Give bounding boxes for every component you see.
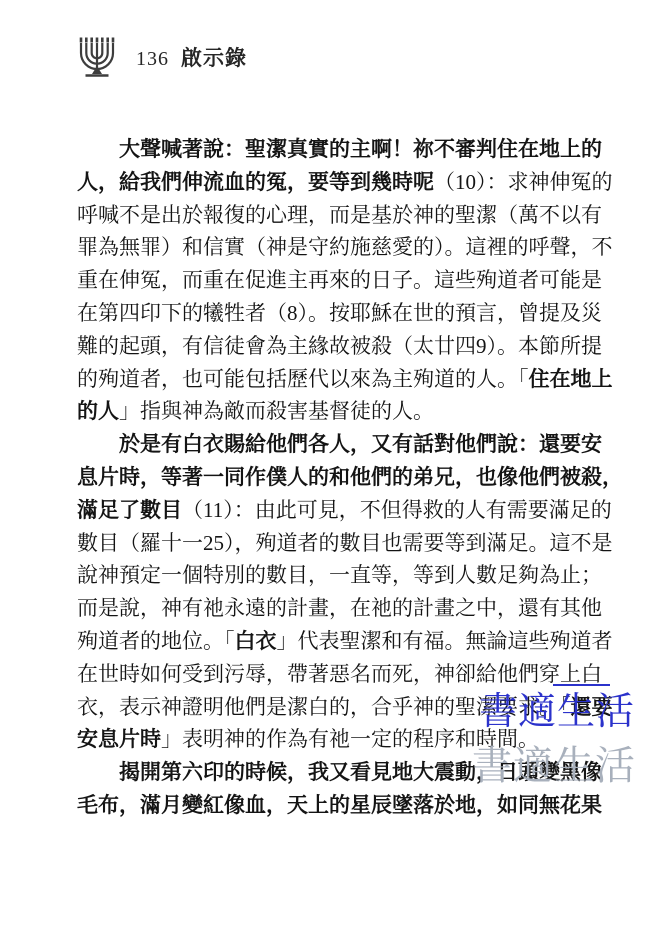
text-line: 罪為無罪）和信實（神是守約施慈愛的）。這裡的呼聲，不 xyxy=(77,231,578,264)
header-title: 136 啟示錄 xyxy=(136,42,247,72)
text-segment: 難的起頭，有信徒會為主緣故被殺（太廿四9）。本節所提 xyxy=(77,334,602,358)
text-line: 衣，表示神證明他們是潔白的，合乎神的聖潔要求。「還要 xyxy=(77,691,578,724)
page-header: 136 啟示錄 xyxy=(72,32,247,82)
text-segment: 罪為無罪）和信實（神是守約施慈愛的）。這裡的呼聲，不 xyxy=(77,235,613,259)
text-segment: 在世時如何受到污辱，帶著惡名而死，神卻給他們穿上白 xyxy=(77,662,602,686)
text-segment: 說神預定一個特別的數目，一直等，等到人數足夠為止； xyxy=(77,563,602,587)
text-segment: 安息片時 xyxy=(77,727,161,751)
text-segment: 揭開第六印的時候，我又看見地大震動，日頭變黑像 xyxy=(119,760,602,784)
text-segment: 還要 xyxy=(571,695,613,719)
book-page: 136 啟示錄 大聲喊著說：聖潔真實的主啊！祢不審判住在地上的人，給我們伸流血的… xyxy=(0,0,652,925)
watermark-stroke xyxy=(553,684,610,686)
text-line: 大聲喊著說：聖潔真實的主啊！祢不審判住在地上的 xyxy=(77,133,578,166)
text-line: 人，給我們伸流血的冤，要等到幾時呢（10）：求神伸冤的 xyxy=(77,166,578,199)
text-segment: 呼喊不是出於報復的心理，而是基於神的聖潔（萬不以有 xyxy=(77,203,602,227)
book-title: 啟示錄 xyxy=(181,42,247,72)
text-block: 大聲喊著說：聖潔真實的主啊！祢不審判住在地上的人，給我們伸流血的冤，要等到幾時呢… xyxy=(77,133,578,822)
text-line: 息片時，等著一同作僕人的和他們的弟兄，也像他們被殺， xyxy=(77,461,578,494)
text-segment: 的殉道者，也可能包括歷代以來為主殉道的人。「 xyxy=(77,367,529,391)
menorah-icon xyxy=(72,33,122,81)
text-segment: 毛布，滿月變紅像血，天上的星辰墜落於地，如同無花果 xyxy=(77,793,602,817)
text-segment: 」代表聖潔和有福。無論這些殉道者 xyxy=(277,629,613,653)
text-line: 在第四印下的犧牲者（8）。按耶穌在世的預言，曾提及災 xyxy=(77,297,578,330)
text-line: 的人」指與神為敵而殺害基督徒的人。 xyxy=(77,395,578,428)
text-line: 滿足了數目（11）：由此可見，不但得救的人有需要滿足的 xyxy=(77,494,578,527)
text-line: 說神預定一個特別的數目，一直等，等到人數足夠為止； xyxy=(77,559,578,592)
text-line: 難的起頭，有信徒會為主緣故被殺（太廿四9）。本節所提 xyxy=(77,330,578,363)
text-segment: 重在伸冤，而重在促進主再來的日子。這些殉道者可能是 xyxy=(77,268,602,292)
text-segment: 於是有白衣賜給他們各人，又有話對他們說：還要安 xyxy=(119,432,602,456)
text-segment: 而是說，神有祂永遠的計畫，在祂的計畫之中，還有其他 xyxy=(77,596,602,620)
text-segment: 殉道者的地位。「 xyxy=(77,629,235,653)
text-line: 殉道者的地位。「白衣」代表聖潔和有福。無論這些殉道者 xyxy=(77,625,578,658)
text-segment: 數目（羅十一25），殉道者的數目也需要等到滿足。這不是 xyxy=(77,531,613,555)
text-segment: 」指與神為敵而殺害基督徒的人。 xyxy=(119,399,434,423)
text-segment: 息片時，等著一同作僕人的和他們的弟兄，也像他們被殺， xyxy=(77,465,623,489)
text-segment: 衣，表示神證明他們是潔白的，合乎神的聖潔要求。「 xyxy=(77,695,571,719)
text-segment: 人，給我們伸流血的冤，要等到幾時呢 xyxy=(77,170,434,194)
text-line: 毛布，滿月變紅像血，天上的星辰墜落於地，如同無花果 xyxy=(77,789,578,822)
text-line: 於是有白衣賜給他們各人，又有話對他們說：還要安 xyxy=(77,428,578,461)
text-segment: 的人 xyxy=(77,399,119,423)
text-line: 在世時如何受到污辱，帶著惡名而死，神卻給他們穿上白 xyxy=(77,658,578,691)
text-line: 呼喊不是出於報復的心理，而是基於神的聖潔（萬不以有 xyxy=(77,199,578,232)
text-segment: （11）：由此可見，不但得救的人有需要滿足的 xyxy=(182,498,612,522)
text-segment: （10）：求神伸冤的 xyxy=(434,170,613,194)
text-segment: 白衣 xyxy=(235,629,277,653)
page-number: 136 xyxy=(136,48,169,71)
text-segment: 大聲喊著說：聖潔真實的主啊！祢不審判住在地上的 xyxy=(119,137,602,161)
text-segment: 在第四印下的犧牲者（8）。按耶穌在世的預言，曾提及災 xyxy=(77,301,602,325)
text-line: 的殉道者，也可能包括歷代以來為主殉道的人。「住在地上 xyxy=(77,363,578,396)
text-segment: 滿足了數目 xyxy=(77,498,182,522)
text-segment: 」表明神的作為有祂一定的程序和時間。 xyxy=(161,727,539,751)
text-segment: 住在地上 xyxy=(529,367,613,391)
text-line: 安息片時」表明神的作為有祂一定的程序和時間。 xyxy=(77,723,578,756)
text-line: 揭開第六印的時候，我又看見地大震動，日頭變黑像 xyxy=(77,756,578,789)
text-line: 重在伸冤，而重在促進主再來的日子。這些殉道者可能是 xyxy=(77,264,578,297)
text-line: 數目（羅十一25），殉道者的數目也需要等到滿足。這不是 xyxy=(77,527,578,560)
text-line: 而是說，神有祂永遠的計畫，在祂的計畫之中，還有其他 xyxy=(77,592,578,625)
